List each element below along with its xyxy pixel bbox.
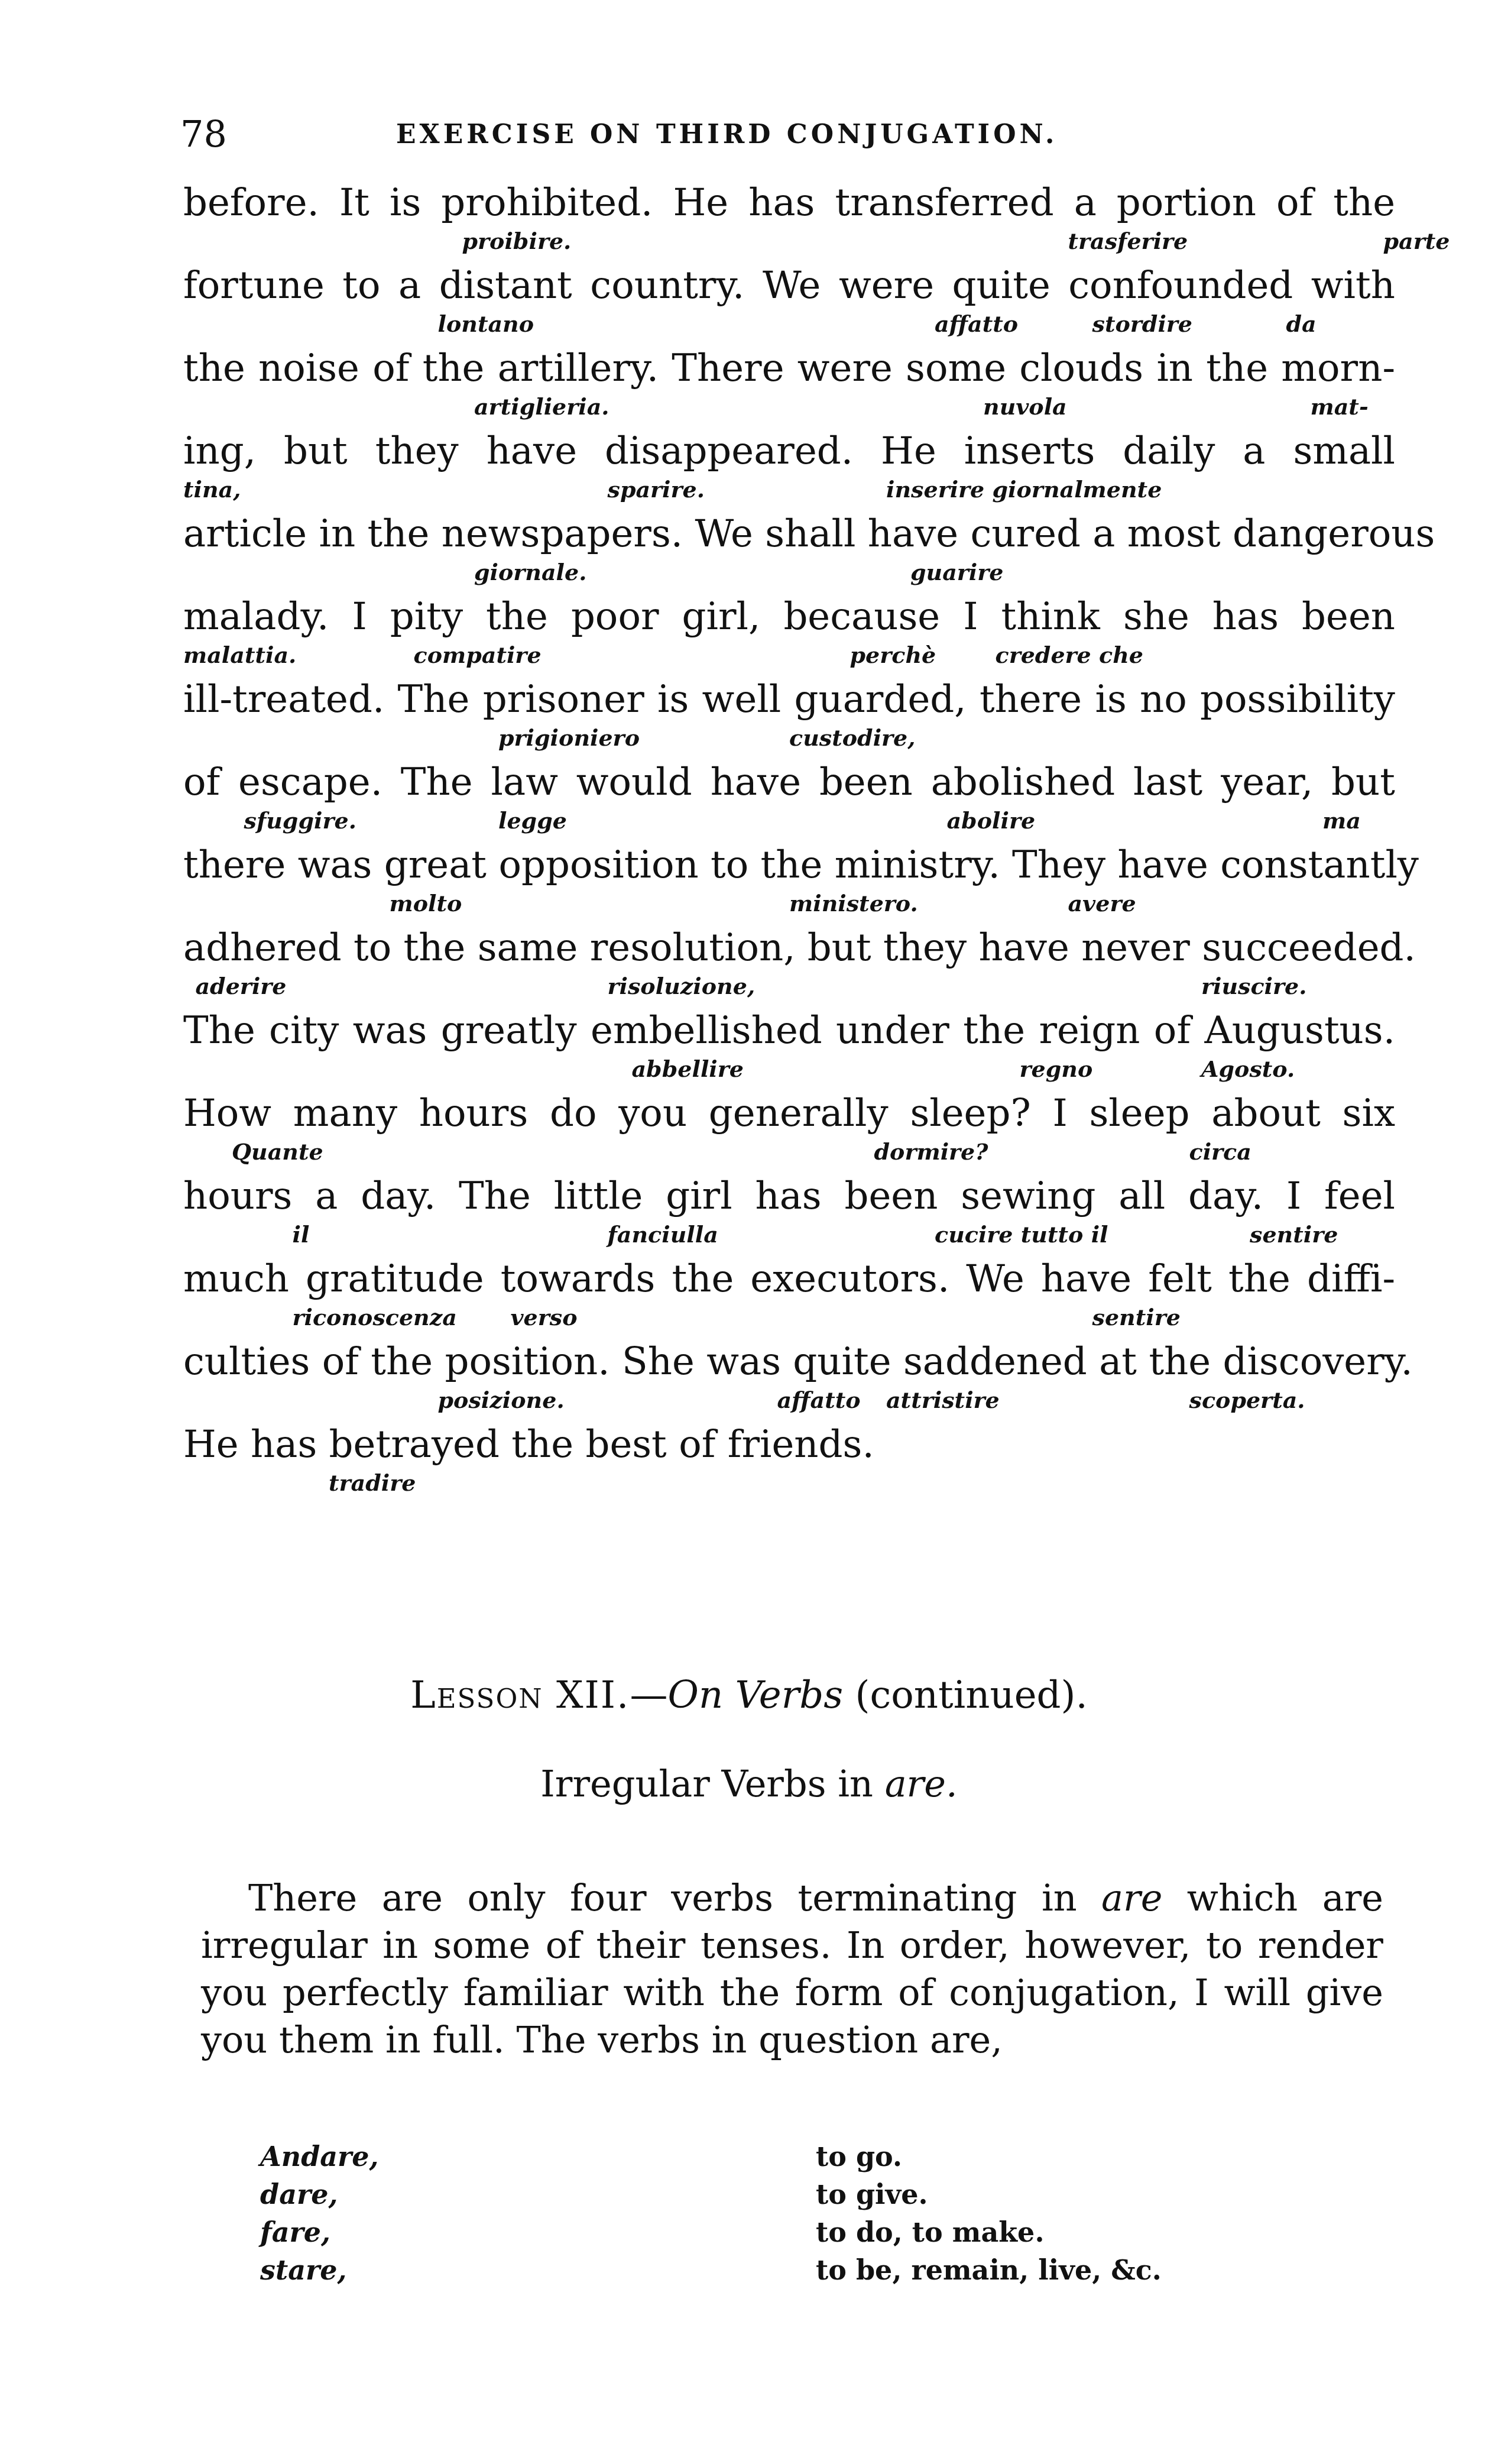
exercise-sentence: culties of the position. She was quite s… xyxy=(183,1339,1395,1384)
lesson-number: Lesson XII. xyxy=(410,1673,630,1717)
exercise-text: before. It is prohibited. He has transfe… xyxy=(183,180,1395,1505)
intro-part1: There are only four verbs terminating in xyxy=(248,1876,1101,1919)
italian-gloss: parte xyxy=(1383,228,1450,254)
gloss-row: aderirerisoluzione,riuscire. xyxy=(183,970,1395,1008)
exercise-sentence: He has betrayed the best of friends. xyxy=(183,1422,1395,1467)
section-subtitle: Irregular Verbs in are. xyxy=(0,1762,1498,1805)
italian-gloss: malattia. xyxy=(183,642,296,668)
verb-row: dare, to give. xyxy=(260,2178,1265,2216)
italian-gloss: lontano xyxy=(438,310,534,337)
exercise-sentence: ing, but they have disappeared. He inser… xyxy=(183,429,1395,474)
gloss-row: lontanoaffattostordireda xyxy=(183,308,1395,346)
italian-gloss: sentire xyxy=(1092,1304,1181,1330)
book-page: 78 EXERCISE ON THIRD CONJUGATION. before… xyxy=(0,0,1498,2464)
gloss-row: Quantedormire?circa xyxy=(183,1136,1395,1174)
italian-gloss: sfuggire. xyxy=(244,807,356,834)
italian-gloss: proibire. xyxy=(462,228,572,254)
italian-gloss: attristire xyxy=(886,1387,1000,1413)
exercise-sentence: How many hours do you generally sleep? I… xyxy=(183,1091,1395,1136)
exercise-line: adhered to the same resolution, but they… xyxy=(183,925,1395,970)
exercise-sentence: The city was greatly embellished under t… xyxy=(183,1008,1395,1053)
italian-gloss: legge xyxy=(498,807,567,834)
lesson-dash: — xyxy=(630,1673,667,1717)
lesson-topic: On Verbs xyxy=(667,1673,843,1717)
gloss-row: riconoscenzaversosentire xyxy=(183,1301,1395,1339)
italian-gloss: guarire xyxy=(910,559,1003,585)
lesson-continued: (continued). xyxy=(843,1673,1088,1717)
italian-gloss: ma xyxy=(1322,807,1361,834)
italian-gloss: verso xyxy=(511,1304,578,1330)
italian-gloss: inserire giornalmente xyxy=(886,476,1162,503)
exercise-line: He has betrayed the best of friends. xyxy=(183,1422,1395,1467)
page-header: 78 EXERCISE ON THIRD CONJUGATION. xyxy=(180,112,1374,166)
exercise-line: article in the newspapers. We shall have… xyxy=(183,511,1395,556)
exercise-sentence: ill-treated. The prisoner is well guarde… xyxy=(183,677,1395,722)
italian-gloss: posizione. xyxy=(438,1387,565,1413)
italian-gloss: abolire xyxy=(947,807,1036,834)
italian-gloss: Agosto. xyxy=(1201,1055,1295,1082)
exercise-sentence: article in the newspapers. We shall have… xyxy=(183,511,1395,556)
exercise-line: The city was greatly embellished under t… xyxy=(183,1008,1395,1053)
subtitle-text: Irregular Verbs in xyxy=(540,1762,884,1805)
gloss-row: proibire.trasferireparte xyxy=(183,225,1395,263)
gloss-row: moltoministero.avere xyxy=(183,888,1395,925)
italian-gloss: mat- xyxy=(1311,393,1369,420)
gloss-row: artiglieria.nuvolamat- xyxy=(183,391,1395,429)
italian-gloss: riuscire. xyxy=(1201,973,1306,999)
verb-english: to give. xyxy=(816,2178,928,2210)
exercise-line: the noise of the artillery. There were s… xyxy=(183,346,1395,391)
irregular-verb-list: Andare, to go. dare, to give. fare, to d… xyxy=(260,2141,1265,2292)
exercise-line: culties of the position. She was quite s… xyxy=(183,1339,1395,1384)
italian-gloss: artiglieria. xyxy=(474,393,609,420)
verb-english: to be, remain, live, &c. xyxy=(816,2254,1162,2286)
verb-english: to do, to make. xyxy=(816,2216,1044,2248)
gloss-row: sfuggire.leggeabolirema xyxy=(183,805,1395,843)
italian-gloss: prigioniero xyxy=(498,724,640,751)
gloss-row: tina,sparire.inserire giornalmente xyxy=(183,474,1395,511)
italian-gloss: molto xyxy=(390,890,462,917)
exercise-line: ill-treated. The prisoner is well guarde… xyxy=(183,677,1395,722)
exercise-line: ing, but they have disappeared. He inser… xyxy=(183,429,1395,474)
lesson-title: Lesson XII.—On Verbs (continued). xyxy=(0,1673,1498,1717)
running-head: EXERCISE ON THIRD CONJUGATION. xyxy=(396,119,1058,150)
gloss-row: abbellireregnoAgosto. xyxy=(183,1053,1395,1091)
italian-gloss: trasferire xyxy=(1068,228,1188,254)
gloss-row: malattia.compatireperchècredere che xyxy=(183,639,1395,677)
italian-gloss: il xyxy=(293,1221,310,1248)
exercise-line: of escape. The law would have been aboli… xyxy=(183,760,1395,805)
italian-gloss: abbellire xyxy=(632,1055,744,1082)
verb-italian: fare, xyxy=(260,2216,330,2248)
italian-gloss: tina, xyxy=(183,476,241,503)
gloss-row: tradire xyxy=(183,1467,1395,1505)
exercise-line: before. It is prohibited. He has transfe… xyxy=(183,180,1395,225)
exercise-line: much gratitude towards the executors. We… xyxy=(183,1257,1395,1301)
intro-are: are xyxy=(1101,1876,1162,1919)
italian-gloss: scoperta. xyxy=(1189,1387,1305,1413)
gloss-row: prigionierocustodire, xyxy=(183,722,1395,760)
italian-gloss: sparire. xyxy=(608,476,705,503)
verb-italian: stare, xyxy=(260,2254,346,2286)
verb-italian: Andare, xyxy=(260,2141,379,2172)
exercise-sentence: fortune to a distant country. We were qu… xyxy=(183,263,1395,308)
subtitle-suffix: are. xyxy=(885,1762,958,1805)
exercise-sentence: much gratitude towards the executors. We… xyxy=(183,1257,1395,1301)
verb-row: Andare, to go. xyxy=(260,2141,1265,2178)
exercise-line: hours a day. The little girl has been se… xyxy=(183,1174,1395,1219)
intro-paragraph: There are only four verbs terminating in… xyxy=(201,1874,1383,2064)
italian-gloss: circa xyxy=(1189,1138,1251,1165)
verb-row: stare, to be, remain, live, &c. xyxy=(260,2254,1265,2292)
exercise-sentence: before. It is prohibited. He has transfe… xyxy=(183,180,1395,225)
italian-gloss: risoluzione, xyxy=(608,973,756,999)
italian-gloss: tradire xyxy=(329,1469,416,1496)
italian-gloss: riconoscenza xyxy=(293,1304,457,1330)
page-number: 78 xyxy=(180,112,227,156)
exercise-sentence: there was great opposition to the minist… xyxy=(183,843,1395,888)
gloss-row: posizione.affattoattristirescoperta. xyxy=(183,1384,1395,1422)
italian-gloss: affatto xyxy=(935,310,1018,337)
gloss-row: ilfanciullacucire tutto ilsentire xyxy=(183,1219,1395,1257)
italian-gloss: affatto xyxy=(777,1387,861,1413)
italian-gloss: avere xyxy=(1068,890,1136,917)
italian-gloss: fanciulla xyxy=(608,1221,718,1248)
exercise-line: there was great opposition to the minist… xyxy=(183,843,1395,888)
italian-gloss: cucire tutto il xyxy=(935,1221,1108,1248)
exercise-sentence: malady. I pity the poor girl, because I … xyxy=(183,594,1395,639)
exercise-line: fortune to a distant country. We were qu… xyxy=(183,263,1395,308)
italian-gloss: regno xyxy=(1020,1055,1093,1082)
italian-gloss: credere che xyxy=(996,642,1143,668)
italian-gloss: stordire xyxy=(1092,310,1193,337)
exercise-sentence: adhered to the same resolution, but they… xyxy=(183,925,1395,970)
italian-gloss: dormire? xyxy=(874,1138,988,1165)
italian-gloss: sentire xyxy=(1250,1221,1338,1248)
italian-gloss: aderire xyxy=(196,973,287,999)
exercise-line: malady. I pity the poor girl, because I … xyxy=(183,594,1395,639)
italian-gloss: giornale. xyxy=(474,559,586,585)
exercise-sentence: the noise of the artillery. There were s… xyxy=(183,346,1395,391)
italian-gloss: da xyxy=(1286,310,1317,337)
italian-gloss: nuvola xyxy=(983,393,1067,420)
verb-row: fare, to do, to make. xyxy=(260,2216,1265,2254)
italian-gloss: Quante xyxy=(232,1138,323,1165)
exercise-sentence: hours a day. The little girl has been se… xyxy=(183,1174,1395,1219)
italian-gloss: compatire xyxy=(414,642,542,668)
verb-english: to go. xyxy=(816,2141,902,2172)
exercise-line: How many hours do you generally sleep? I… xyxy=(183,1091,1395,1136)
gloss-row: giornale.guarire xyxy=(183,556,1395,594)
italian-gloss: custodire, xyxy=(789,724,916,751)
exercise-sentence: of escape. The law would have been aboli… xyxy=(183,760,1395,805)
verb-italian: dare, xyxy=(260,2178,338,2210)
italian-gloss: perchè xyxy=(850,642,936,668)
italian-gloss: ministero. xyxy=(789,890,918,917)
